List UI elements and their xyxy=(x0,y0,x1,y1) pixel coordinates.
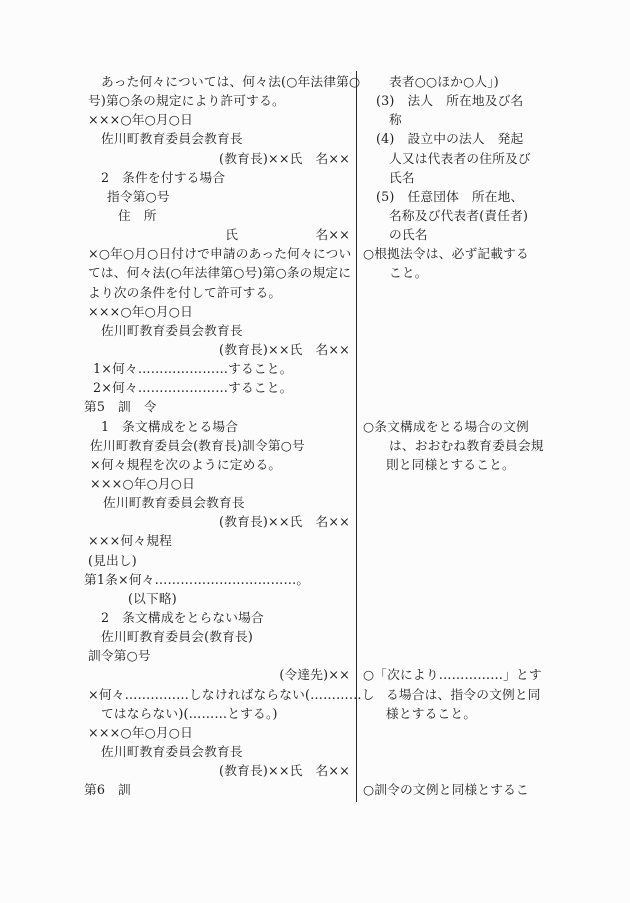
text-line: あった何々については、何々法(○年法律第○ xyxy=(0,72,356,91)
text-line: 1 条文構成をとる場合 xyxy=(0,417,356,436)
text-line: (教育長)××氏 名×× xyxy=(0,761,356,780)
text-line: 第6 訓 xyxy=(0,780,356,799)
text-line: 佐川町教育委員会教育長 xyxy=(0,321,356,340)
text-line: 佐川町教育委員会教育長 xyxy=(0,129,356,148)
text-line: の氏名 xyxy=(357,225,630,244)
text-line: ○条文構成をとる場合の文例 xyxy=(357,417,630,436)
text-line: ては、何々法(○年法律第○号)第○条の規定に xyxy=(0,263,356,282)
text-line: 第5 訓 令 xyxy=(0,397,356,416)
text-line xyxy=(357,742,630,761)
text-line: (以下略) xyxy=(0,589,356,608)
text-line: 住 所 xyxy=(0,206,356,225)
text-line: (5) 任意団体 所在地、 xyxy=(357,187,630,206)
text-line: ×××○年○月○日 xyxy=(0,474,356,493)
text-line: (3) 法人 所在地及び名 xyxy=(357,91,630,110)
text-line xyxy=(357,493,630,512)
text-line: ×××○年○月○日 xyxy=(0,723,356,742)
text-line xyxy=(357,608,630,627)
text-line: 氏名 xyxy=(357,168,630,187)
text-line: (教育長)××氏 名×× xyxy=(0,340,356,359)
text-line: 則と同様とすること。 xyxy=(357,455,630,474)
text-line: 1×何々…………………すること。 xyxy=(0,359,356,378)
text-line: 訓令第○号 xyxy=(0,646,356,665)
document-page: あった何々については、何々法(○年法律第○号)第○条の規定により許可する。×××… xyxy=(0,0,630,903)
text-line: 第1条×何々……………………………。 xyxy=(0,570,356,589)
text-line: ○訓令の文例と同様とするこ xyxy=(357,780,630,799)
text-line: ×××○年○月○日 xyxy=(0,110,356,129)
text-line xyxy=(357,512,630,531)
text-line xyxy=(357,646,630,665)
text-line: 2 条件を付する場合 xyxy=(0,168,356,187)
text-line: てはならない)(………とする。) xyxy=(0,704,356,723)
text-line: 佐川町教育委員会(教育長) xyxy=(0,627,356,646)
text-line: 氏 名×× xyxy=(0,225,356,244)
text-line xyxy=(357,570,630,589)
text-line: は、おおむね教育委員会規 xyxy=(357,436,630,455)
annotation-notes-column: 表者○○ほか○人」)(3) 法人 所在地及び名称(4) 設立中の法人 発起人又は… xyxy=(357,72,630,799)
text-line: (令達先)×× xyxy=(0,665,356,684)
text-line xyxy=(357,321,630,340)
text-line xyxy=(357,761,630,780)
text-line xyxy=(357,723,630,742)
text-line xyxy=(357,283,630,302)
text-line: 様とすること。 xyxy=(357,704,630,723)
text-line: る場合は、指令の文例と同 xyxy=(357,685,630,704)
text-line: ○根拠法令は、必ず記載する xyxy=(357,244,630,263)
text-line: (教育長)××氏 名×× xyxy=(0,512,356,531)
text-line xyxy=(357,302,630,321)
text-line: 佐川町教育委員会教育長 xyxy=(0,493,356,512)
text-line: 称 xyxy=(357,110,630,129)
text-line: (見出し) xyxy=(0,551,356,570)
text-line xyxy=(357,359,630,378)
text-line: 名称及び代表者(責任者) xyxy=(357,206,630,225)
text-line: (4) 設立中の法人 発起 xyxy=(357,129,630,148)
text-line: 2 条文構成をとらない場合 xyxy=(0,608,356,627)
text-line: こと。 xyxy=(357,263,630,282)
text-line xyxy=(357,531,630,550)
text-line: 佐川町教育委員会(教育長)訓令第○号 xyxy=(0,436,356,455)
text-line: ×××○年○月○日 xyxy=(0,302,356,321)
text-line: ○「次により……………」とす xyxy=(357,665,630,684)
text-line: ×何々規程を次のように定める。 xyxy=(0,455,356,474)
main-text-column: あった何々については、何々法(○年法律第○号)第○条の規定により許可する。×××… xyxy=(0,72,356,799)
text-line xyxy=(357,551,630,570)
text-line xyxy=(357,589,630,608)
text-line: より次の条件を付して許可する。 xyxy=(0,283,356,302)
text-line xyxy=(357,397,630,416)
text-line: ×何々……………しなければならない(…………し xyxy=(0,685,356,704)
text-line: 2×何々…………………すること。 xyxy=(0,378,356,397)
text-line: ×××何々規程 xyxy=(0,531,356,550)
text-line: 指令第○号 xyxy=(0,187,356,206)
text-line: ×○年○月○日付けで申請のあった何々につい xyxy=(0,244,356,263)
text-line: 号)第○条の規定により許可する。 xyxy=(0,91,356,110)
text-line xyxy=(357,627,630,646)
text-line xyxy=(357,378,630,397)
text-line: 佐川町教育委員会教育長 xyxy=(0,742,356,761)
text-line xyxy=(357,474,630,493)
text-line: (教育長)××氏 名×× xyxy=(0,149,356,168)
text-line: 人又は代表者の住所及び xyxy=(357,149,630,168)
text-line: 表者○○ほか○人」) xyxy=(357,72,630,91)
text-line xyxy=(357,340,630,359)
